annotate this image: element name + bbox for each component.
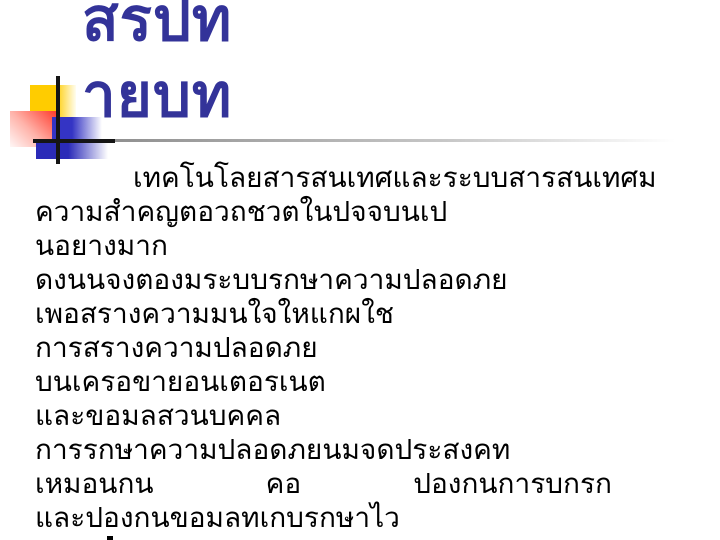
presentation-slide: สรปท ายบท เทคโนโลยสารสนเทศและระบบสารสนเท… (0, 0, 720, 540)
slide-title: สรปท ายบท (82, 0, 232, 134)
body-line-6: การสรางความปลอดภย (35, 331, 715, 365)
body-line-1: เทคโนโลยสารสนเทศและระบบสารสนเทศม (35, 161, 715, 195)
decor-blue-square-lower (36, 142, 108, 159)
decor-horizontal-line (33, 139, 115, 143)
decor-vertical-line (56, 76, 60, 164)
body-line-10-seg1: เหมอนกน (35, 467, 154, 501)
body-line-7: บนเครอขายอนเตอรเนต (35, 365, 715, 399)
body-line-10: เหมอนกน คอ ปองกนการบกรก (35, 467, 612, 501)
body-line-2: ความสำคญตอวถชวตในปจจบนเป (35, 195, 715, 229)
body-line-3: นอยางมาก (35, 229, 715, 263)
body-line-5: เพอสรางความมนใจใหแกผใช (35, 297, 715, 331)
clipped-next-line-fragment (107, 536, 113, 540)
body-line-10-seg3: ปองกนการบกรก (413, 467, 612, 501)
slide-body: เทคโนโลยสารสนเทศและระบบสารสนเทศม ความสำค… (35, 161, 715, 535)
body-line-10-seg2: คอ (266, 467, 302, 501)
body-line-4: ดงนนจงตองมระบบรกษาความปลอดภย (35, 263, 715, 297)
body-line-11: และปองกนขอมลทเกบรกษาไว (35, 501, 715, 535)
body-line-8: และขอมลสวนบคคล (35, 399, 715, 433)
decor-gray-rule (115, 139, 675, 142)
body-line-9: การรกษาความปลอดภยนมจดประสงคท (35, 433, 715, 467)
